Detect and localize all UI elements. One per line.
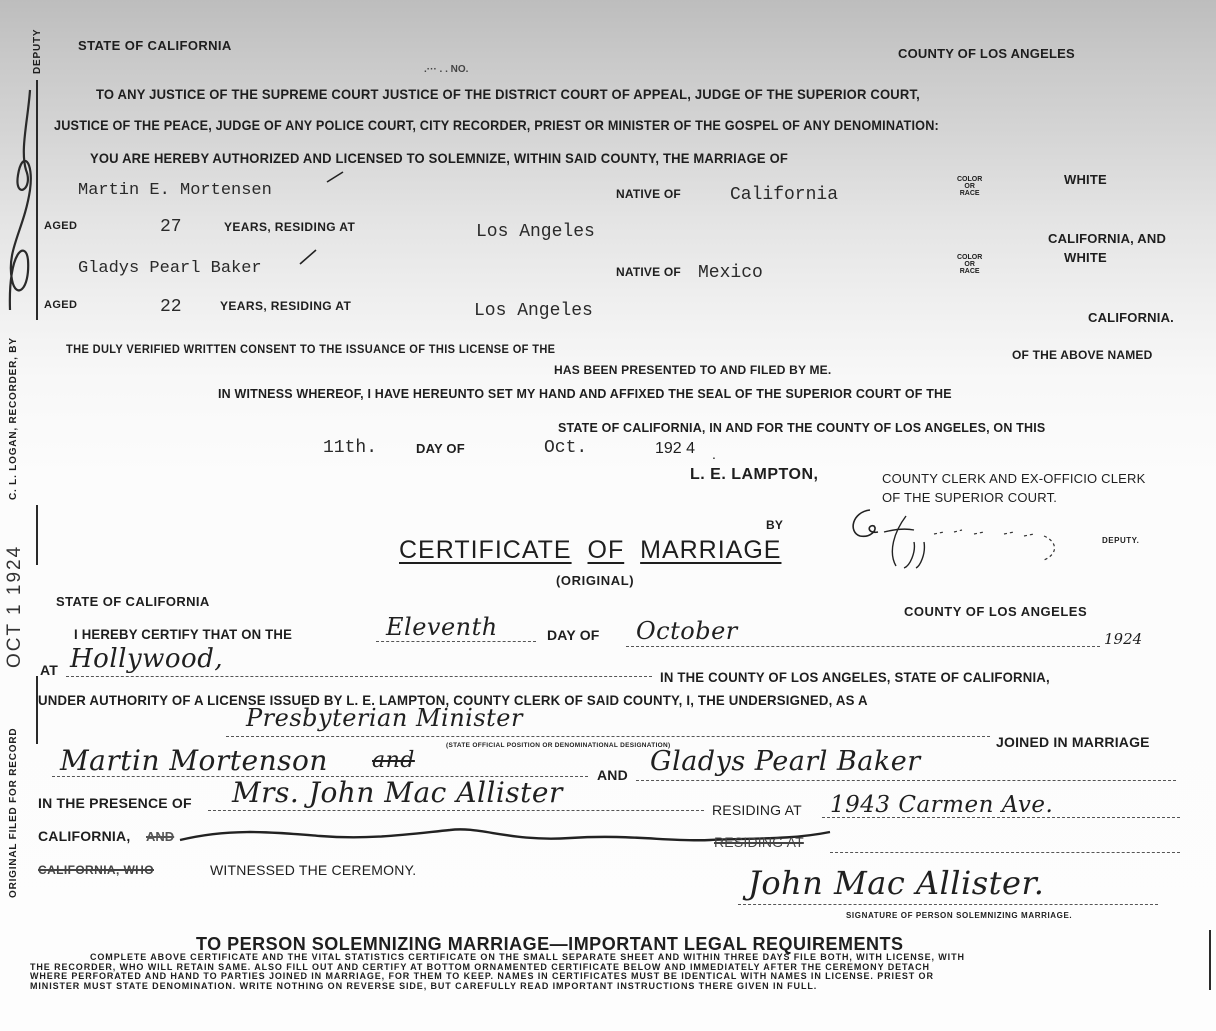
struck-california-who: CALIFORNIA, WHO — [38, 863, 154, 877]
consent-line1: THE DULY VERIFIED WRITTEN CONSENT TO THE… — [66, 342, 555, 356]
presence-label: IN THE PRESENCE OF — [38, 795, 192, 811]
groom-age: 27 — [160, 217, 182, 237]
license-number: .··· . . NO. — [424, 64, 468, 75]
bride-name: Gladys Pearl Baker — [78, 259, 262, 278]
bride-color-race-label: COLOR OR RACE — [957, 254, 982, 275]
margin-recorder-text: C. L. LOGAN, RECORDER, BY — [8, 337, 19, 500]
certificate-place: Hollywood, — [70, 644, 223, 674]
certificate-year: 1924 — [1104, 630, 1142, 648]
signature-caption: SIGNATURE OF PERSON SOLEMNIZING MARRIAGE… — [846, 911, 1072, 920]
certificate-groom-struck-word: and — [372, 748, 415, 773]
recorder-signature-icon — [0, 80, 60, 320]
deputy-label: DEPUTY. — [1102, 536, 1139, 545]
bride-residence: Los Angeles — [474, 301, 593, 321]
witness-line2: STATE OF CALIFORNIA, IN AND FOR THE COUN… — [558, 420, 1045, 435]
witness-line1: IN WITNESS WHEREOF, I HAVE HEREUNTO SET … — [218, 386, 952, 401]
groom-native-of: California — [730, 185, 838, 205]
county-state-text: IN THE COUNTY OF LOS ANGELES, STATE OF C… — [660, 669, 1050, 685]
check-mark-icon — [298, 248, 318, 266]
groom-color-race-label: COLOR OR RACE — [957, 176, 982, 197]
license-address-line2: JUSTICE OF THE PEACE, JUDGE OF ANY POLIC… — [54, 117, 939, 133]
at-label: AT — [40, 662, 58, 678]
license-address-line1: TO ANY JUSTICE OF THE SUPREME COURT JUST… — [96, 86, 920, 102]
license-year: 192 4 — [655, 440, 695, 458]
groom-native-label: NATIVE OF — [616, 187, 681, 201]
clerk-title-line1: COUNTY CLERK AND EX-OFFICIO CLERK — [882, 471, 1146, 486]
officiant-signature: John Mac Allister. — [748, 864, 1044, 902]
margin-rule-low — [36, 676, 38, 744]
license-day-of-label: DAY OF — [416, 441, 465, 456]
certificate-title: CERTIFICATE OF MARRIAGE — [399, 536, 781, 565]
license-month: Oct. — [544, 438, 587, 458]
requirements-body: COMPLETE ABOVE CERTIFICATE AND THE VITAL… — [30, 953, 1170, 991]
bride-residence-suffix: CALIFORNIA. — [1088, 310, 1174, 325]
certify-label: I HEREBY CERTIFY THAT ON THE — [74, 626, 292, 642]
margin-filed-text: ORIGINAL FILED FOR RECORD — [8, 728, 19, 898]
certificate-county-label: COUNTY OF LOS ANGELES — [904, 604, 1087, 619]
bride-native-label: NATIVE OF — [616, 265, 681, 279]
witness-address: 1943 Carmen Ave. — [830, 792, 1053, 818]
and-label: AND — [597, 767, 628, 783]
certificate-subtitle: (ORIGINAL) — [556, 573, 634, 588]
bride-residing-label: YEARS, RESIDING AT — [220, 299, 351, 313]
bride-age: 22 — [160, 297, 182, 317]
marriage-license-document: DEPUTY C. L. LOGAN, RECORDER, BY OCT 1 1… — [0, 0, 1216, 1031]
license-county-label: COUNTY OF LOS ANGELES — [898, 46, 1075, 61]
consent-line1-right: OF THE ABOVE NAMED — [1012, 348, 1153, 362]
position-caption: (STATE OFFICIAL POSITION OR DENOMINATION… — [446, 742, 671, 749]
margin-rule-mid — [36, 505, 38, 565]
groom-residing-label: YEARS, RESIDING AT — [224, 220, 355, 234]
by-label: BY — [766, 518, 783, 532]
margin-deputy-label: DEPUTY — [32, 29, 43, 74]
witnessed-text: WITNESSED THE CEREMONY. — [210, 862, 416, 878]
certificate-bride-name: Gladys Pearl Baker — [650, 746, 921, 777]
groom-aged-label: AGED — [44, 220, 77, 232]
officiant-position: Presbyterian Minister — [246, 704, 523, 732]
bride-native-of: Mexico — [698, 263, 763, 283]
consent-line2: HAS BEEN PRESENTED TO AND FILED BY ME. — [554, 363, 831, 377]
struck-residing-label: RESIDING AT — [714, 834, 804, 850]
deputy-signature-icon — [844, 502, 1074, 572]
bride-aged-label: AGED — [44, 299, 77, 311]
filed-date-stamp: OCT 1 1924 — [4, 545, 26, 668]
certificate-state-label: STATE OF CALIFORNIA — [56, 594, 210, 609]
witness-name: Mrs. John Mac Allister — [232, 776, 563, 809]
certificate-day-of-label: DAY OF — [547, 627, 600, 643]
check-mark-icon — [325, 170, 345, 184]
certificate-day: Eleventh — [386, 613, 498, 641]
clerk-name: L. E. LAMPTON, — [690, 466, 818, 484]
groom-residence-suffix: CALIFORNIA, AND — [1048, 231, 1166, 246]
groom-residence: Los Angeles — [476, 222, 595, 242]
license-day: 11th. — [323, 438, 377, 458]
witness-residing-label: RESIDING AT — [712, 802, 802, 818]
right-edge-mark — [1209, 930, 1211, 990]
joined-label: JOINED IN MARRIAGE — [996, 734, 1150, 750]
bride-color-race: WHITE — [1064, 250, 1107, 265]
license-authorization: YOU ARE HEREBY AUTHORIZED AND LICENSED T… — [90, 150, 788, 166]
license-state-label: STATE OF CALIFORNIA — [78, 38, 232, 53]
certificate-groom-name: Martin Mortenson — [60, 744, 328, 777]
california-and-label: CALIFORNIA, — [38, 828, 130, 844]
groom-name: Martin E. Mortensen — [78, 181, 272, 200]
groom-color-race: WHITE — [1064, 172, 1107, 187]
requirements-line: MINISTER MUST STATE DENOMINATION. WRITE … — [30, 982, 1170, 992]
certificate-month: October — [636, 617, 738, 645]
license-year-period: . — [712, 446, 716, 462]
